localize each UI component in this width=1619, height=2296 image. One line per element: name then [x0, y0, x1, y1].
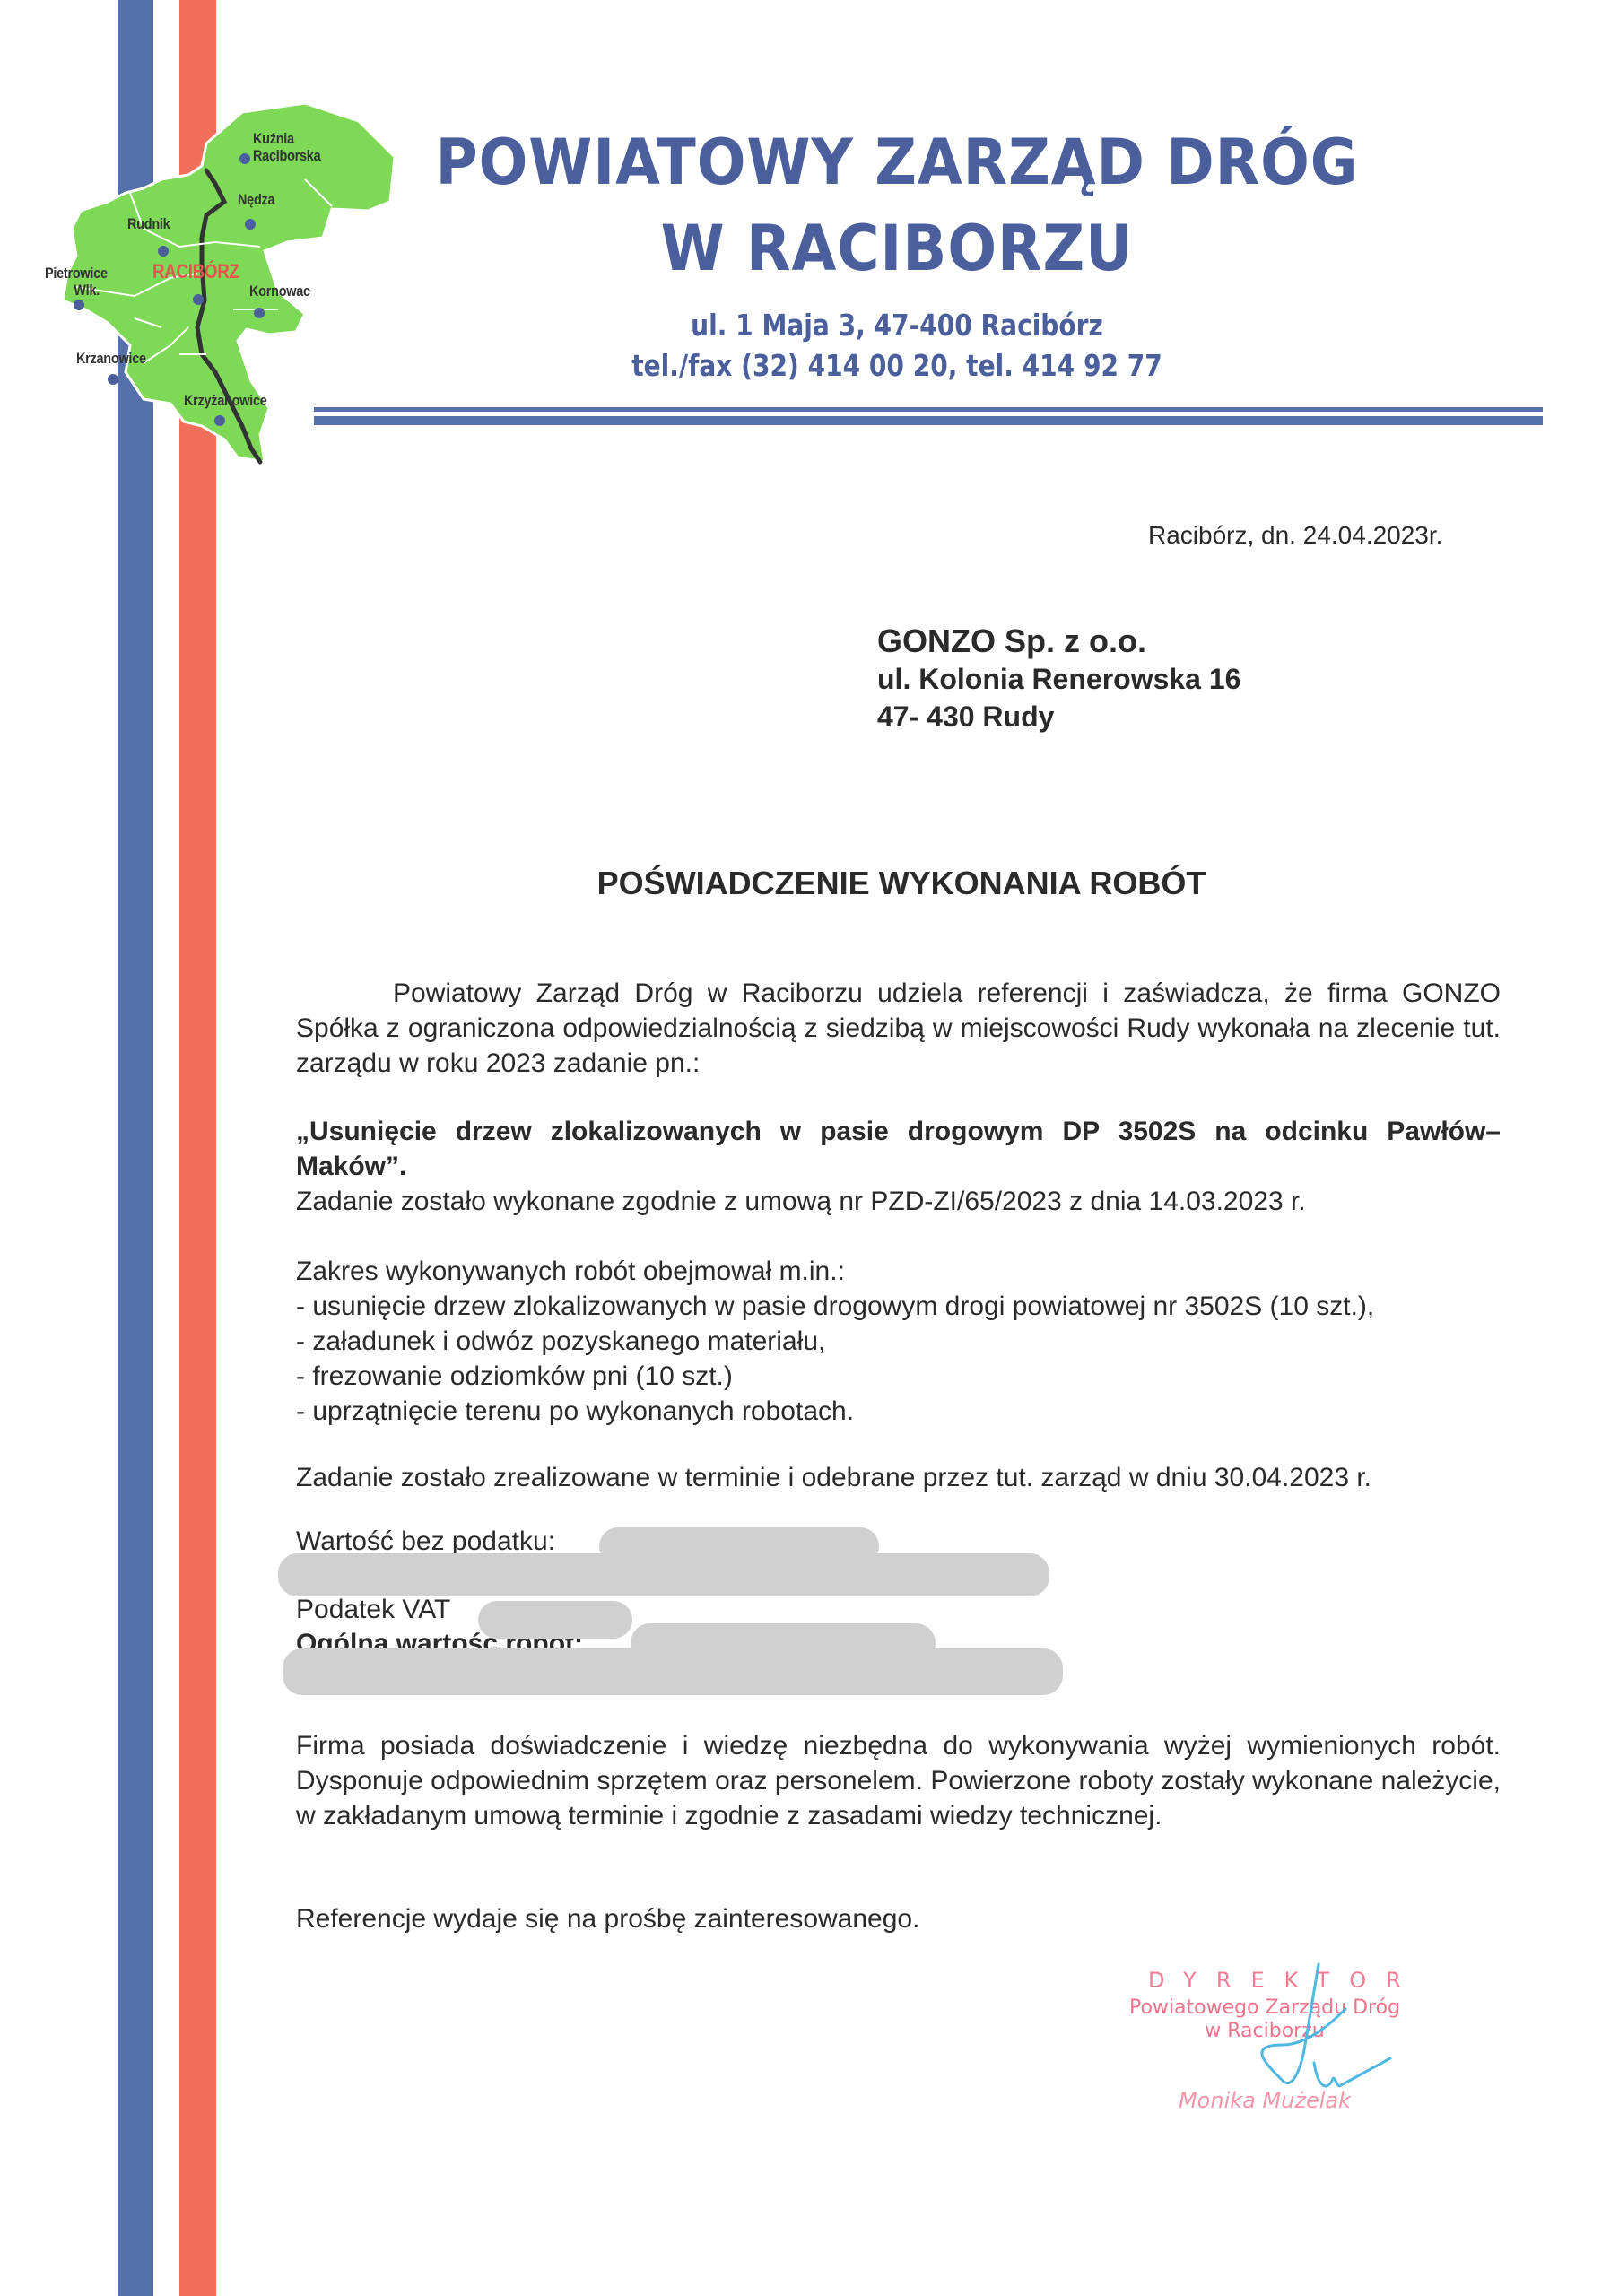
handwritten-signature	[1229, 1955, 1408, 2108]
header-divider-thick	[314, 416, 1543, 425]
letter-date: Racibórz, dn. 24.04.2023r.	[1148, 518, 1442, 552]
intro-paragraph: Powiatowy Zarząd Dróg w Raciborzu udziel…	[296, 976, 1501, 1081]
map-label-krzyzanowice: Krzyżanowice	[184, 392, 267, 409]
vat-label: Podatek VAT	[296, 1593, 1501, 1627]
map-label-raciborz: RACIBÓRZ	[152, 263, 239, 280]
header-divider-thin	[314, 407, 1543, 412]
contract-line: Zadanie zostało wykonane zgodnie z umową…	[296, 1184, 1501, 1219]
map-label-pietrowice: PietrowiceWlk.	[45, 265, 108, 299]
org-phone: tel./fax (32) 414 00 20, tel. 414 92 77	[402, 348, 1393, 383]
task-name: „Usunięcie drzew zlokalizowanych w pasie…	[296, 1114, 1501, 1184]
scope-section: Zakres wykonywanych robót obejmował m.in…	[296, 1254, 1501, 1429]
org-name-line1: POWIATOWY ZARZĄD DRÓG	[361, 126, 1433, 199]
completion-line: Zadanie zostało zrealizowane w terminie …	[296, 1460, 1501, 1495]
experience-paragraph: Firma posiada doświadczenie i wiedzę nie…	[296, 1728, 1501, 1833]
org-name-line2: W RACIBORZU	[361, 212, 1433, 285]
recipient-block: GONZO Sp. z o.o. ul. Kolonia Renerowska …	[877, 622, 1240, 735]
scope-item: - uprzątnięcie terenu po wykonanych robo…	[296, 1394, 1501, 1429]
redaction-total-words	[283, 1648, 1063, 1695]
scope-item: - frezowanie odziomków pni (10 szt.)	[296, 1359, 1501, 1394]
recipient-street: ul. Kolonia Renerowska 16	[877, 660, 1240, 698]
map-label-rudnik: Rudnik	[127, 215, 170, 232]
org-address: ul. 1 Maja 3, 47-400 Racibórz	[402, 308, 1393, 343]
map-label-kuznia: KuźniaRaciborska	[253, 130, 320, 164]
redaction-net-words	[278, 1553, 1049, 1596]
map-label-krzanowice: Krzanowice	[76, 350, 146, 367]
scope-header: Zakres wykonywanych robót obejmował m.in…	[296, 1254, 1501, 1289]
closing-line: Referencje wydaje się na prośbę zaintere…	[296, 1901, 1501, 1936]
recipient-name: GONZO Sp. z o.o.	[877, 622, 1240, 660]
map-label-nedza: Nędza	[238, 191, 274, 208]
redaction-vat-value	[478, 1601, 632, 1639]
scope-item: - usunięcie drzew zlokalizowanych w pasi…	[296, 1289, 1501, 1324]
recipient-city: 47- 430 Rudy	[877, 698, 1240, 735]
scope-item: - załadunek i odwóz pozyskanego materiał…	[296, 1324, 1501, 1359]
map-label-kornowac: Kornowac	[249, 283, 310, 300]
document-title: POŚWIADCZENIE WYKONANIA ROBÓT	[287, 866, 1516, 900]
